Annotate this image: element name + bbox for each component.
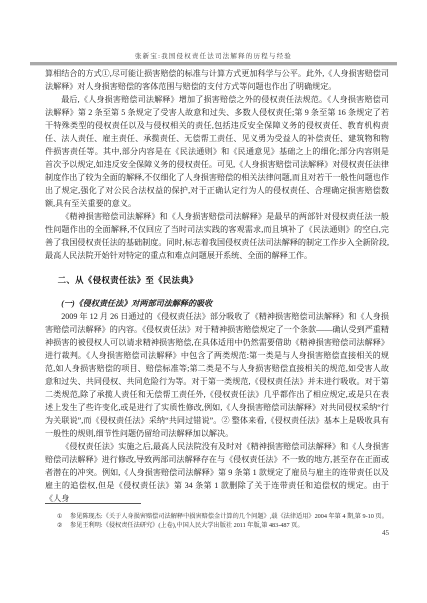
section-heading: 二、从《侵权责任法》至《民法典》: [45, 274, 389, 287]
paragraph: 《侵权责任法》实施之后,最高人民法院没有及时对《精神损害赔偿司法解释》和《人身损…: [45, 440, 389, 505]
body-text: 算相结合的方式①,尽可能让损害赔偿的标准与计算方式更加科学与公平。此外,《人身损…: [45, 67, 389, 505]
running-head: 张新宝:我国侵权责任法司法解释的历程与经验: [0, 51, 427, 60]
footnote-separator: [45, 503, 141, 504]
header-rule: [30, 62, 397, 66]
footnotes: ① 参见陈现杰:《关于人身损害赔偿司法解释中损害赔偿金计算的几个问题》,载《法律…: [57, 512, 389, 530]
footnote-text: 参见陈现杰:《关于人身损害赔偿司法解释中损害赔偿金计算的几个问题》,载《法律适用…: [70, 512, 389, 521]
footnote-item: ① 参见陈现杰:《关于人身损害赔偿司法解释中损害赔偿金计算的几个问题》,载《法律…: [57, 512, 389, 521]
subsection-heading: (一)《侵权责任法》对两部司法解释的吸收: [45, 297, 389, 310]
paragraph-continuation: 算相结合的方式①,尽可能让损害赔偿的标准与计算方式更加科学与公平。此外,《人身损…: [45, 67, 389, 93]
paragraph: 《精神损害赔偿司法解释》和《人身损害赔偿司法解释》是最早的两部针对侵权责任法一般…: [45, 210, 389, 262]
footnote-text: 参见王利明:《侵权责任法研究》(上卷),中国人民大学出版社 2011 年版,第 …: [70, 521, 389, 530]
paragraph: 2009 年 12 月 26 日通过的《侵权责任法》部分吸收了《精神损害赔偿司法…: [45, 310, 389, 440]
footnote-marker: ②: [57, 521, 70, 530]
footnote-marker: ①: [57, 512, 70, 521]
paragraph: 最后,《人身损害赔偿司法解释》增加了损害赔偿之外的侵权责任法规范。《人身损害赔偿…: [45, 93, 389, 210]
footnote-item: ② 参见王利明:《侵权责任法研究》(上卷),中国人民大学出版社 2011 年版,…: [57, 521, 389, 530]
page-number: 45: [382, 529, 389, 537]
paper-page: 张新宝:我国侵权责任法司法解释的历程与经验 算相结合的方式①,尽可能让损害赔偿的…: [0, 0, 427, 603]
